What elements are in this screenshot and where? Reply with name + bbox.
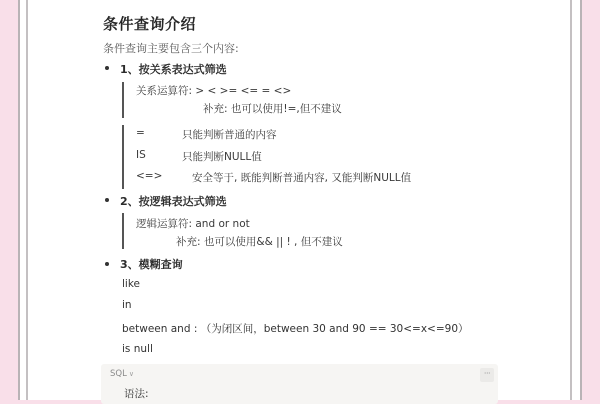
quote-bar [122, 125, 124, 189]
quote-bar [122, 82, 124, 118]
fuzzy-item-is-null: is null [122, 343, 153, 355]
bullet-icon [105, 262, 109, 266]
bullet-icon [105, 198, 109, 202]
logical-note: 补充: 也可以使用&& || ! , 但不建议 [176, 234, 343, 249]
operator-is-desc: 只能判断NULL值 [182, 149, 262, 164]
section-1-heading: 1、按关系表达式筛选 [120, 61, 227, 77]
page-title: 条件查询介绍 [103, 13, 196, 34]
intro-text: 条件查询主要包含三个内容: [103, 40, 239, 56]
logical-operators: 逻辑运算符: and or not [136, 216, 250, 231]
fuzzy-item-between: between and : （为闭区间，between 30 and 90 ==… [122, 321, 469, 336]
language-selector[interactable]: SQL∨ [110, 369, 134, 379]
chevron-down-icon: ∨ [129, 370, 134, 378]
code-line: 语法: [124, 386, 149, 400]
quote-bar [122, 213, 124, 249]
right-rule [570, 0, 572, 400]
operator-eq-desc: 只能判断普通的内容 [182, 127, 277, 142]
more-options-button[interactable]: ··· [480, 368, 494, 382]
language-label: SQL [110, 369, 127, 379]
operator-eq: = [136, 127, 145, 139]
relational-note: 补充: 也可以使用!=,但不建议 [203, 101, 342, 116]
sql-code-block[interactable]: SQL∨ ··· 语法: [101, 364, 498, 400]
operator-is: IS [136, 149, 146, 161]
operator-safe-eq-desc: 安全等于, 既能判断普通内容, 又能判断NULL值 [192, 170, 411, 185]
fuzzy-item-in: in [122, 299, 132, 311]
bullet-icon [105, 66, 109, 70]
fuzzy-item-like: like [122, 278, 140, 290]
page [28, 0, 570, 400]
operator-safe-eq: <=> [136, 170, 162, 182]
section-3-heading: 3、模糊查询 [120, 256, 183, 272]
relational-operators: 关系运算符: > < >= <= = <> [136, 83, 291, 98]
section-2-heading: 2、按逻辑表达式筛选 [120, 193, 227, 209]
